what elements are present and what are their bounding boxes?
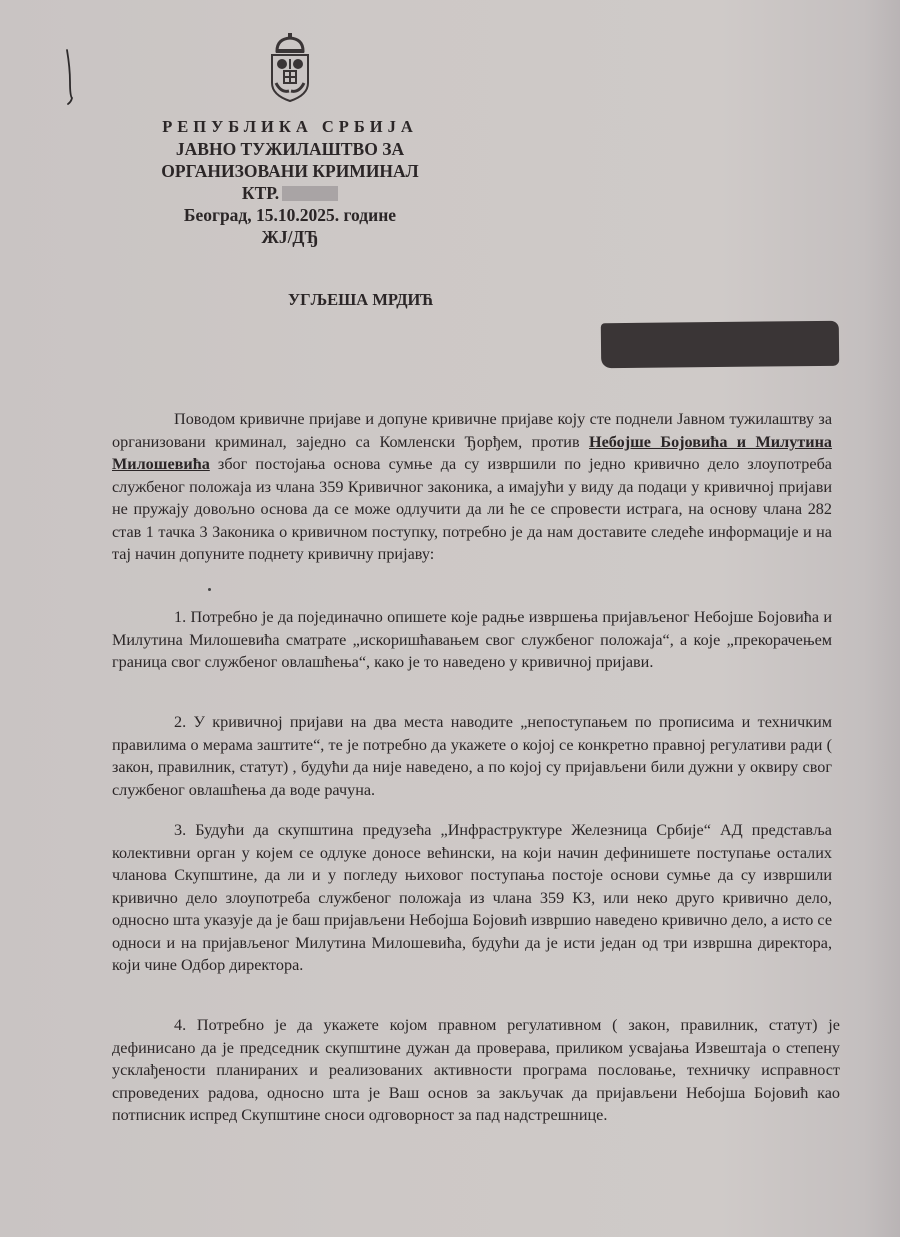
request-item-2: 2. У кривичној пријави на два места наво…	[112, 711, 832, 801]
redacted-case-number	[282, 186, 338, 201]
handwritten-mark-icon	[64, 48, 76, 108]
reference-code: ЖЈ/ДЂ	[130, 226, 450, 248]
stray-mark	[208, 588, 211, 591]
institution-line-1: ЈАВНО ТУЖИЛАШТВО ЗА	[130, 138, 450, 160]
request-item-3: 3. Будући да скупштина предузећа „Инфрас…	[112, 819, 832, 977]
case-prefix: КТР.	[242, 183, 279, 203]
case-number: КТР.	[130, 182, 450, 204]
intro-paragraph: Поводом кривичне пријаве и допуне кривич…	[112, 408, 832, 566]
document-page: РЕПУБЛИКА СРБИЈА ЈАВНО ТУЖИЛАШТВО ЗА ОРГ…	[0, 0, 900, 1237]
redacted-address	[601, 321, 839, 368]
country-name: РЕПУБЛИКА СРБИЈА	[130, 116, 450, 138]
request-item-4: 4. Потребно је да укажете којом правном …	[112, 1014, 840, 1127]
institution-line-2: ОРГАНИЗОВАНИ КРИМИНАЛ	[130, 160, 450, 182]
letterhead: РЕПУБЛИКА СРБИЈА ЈАВНО ТУЖИЛАШТВО ЗА ОРГ…	[130, 116, 450, 248]
intro-text-2: због постојања основа сумње да су изврши…	[112, 455, 832, 563]
addressee-name: УГЉЕША МРДИЋ	[288, 290, 434, 310]
coat-of-arms-icon	[267, 33, 313, 103]
place-date: Београд, 15.10.2025. године	[130, 204, 450, 226]
request-item-1: 1. Потребно је да појединачно опишете ко…	[112, 606, 832, 674]
